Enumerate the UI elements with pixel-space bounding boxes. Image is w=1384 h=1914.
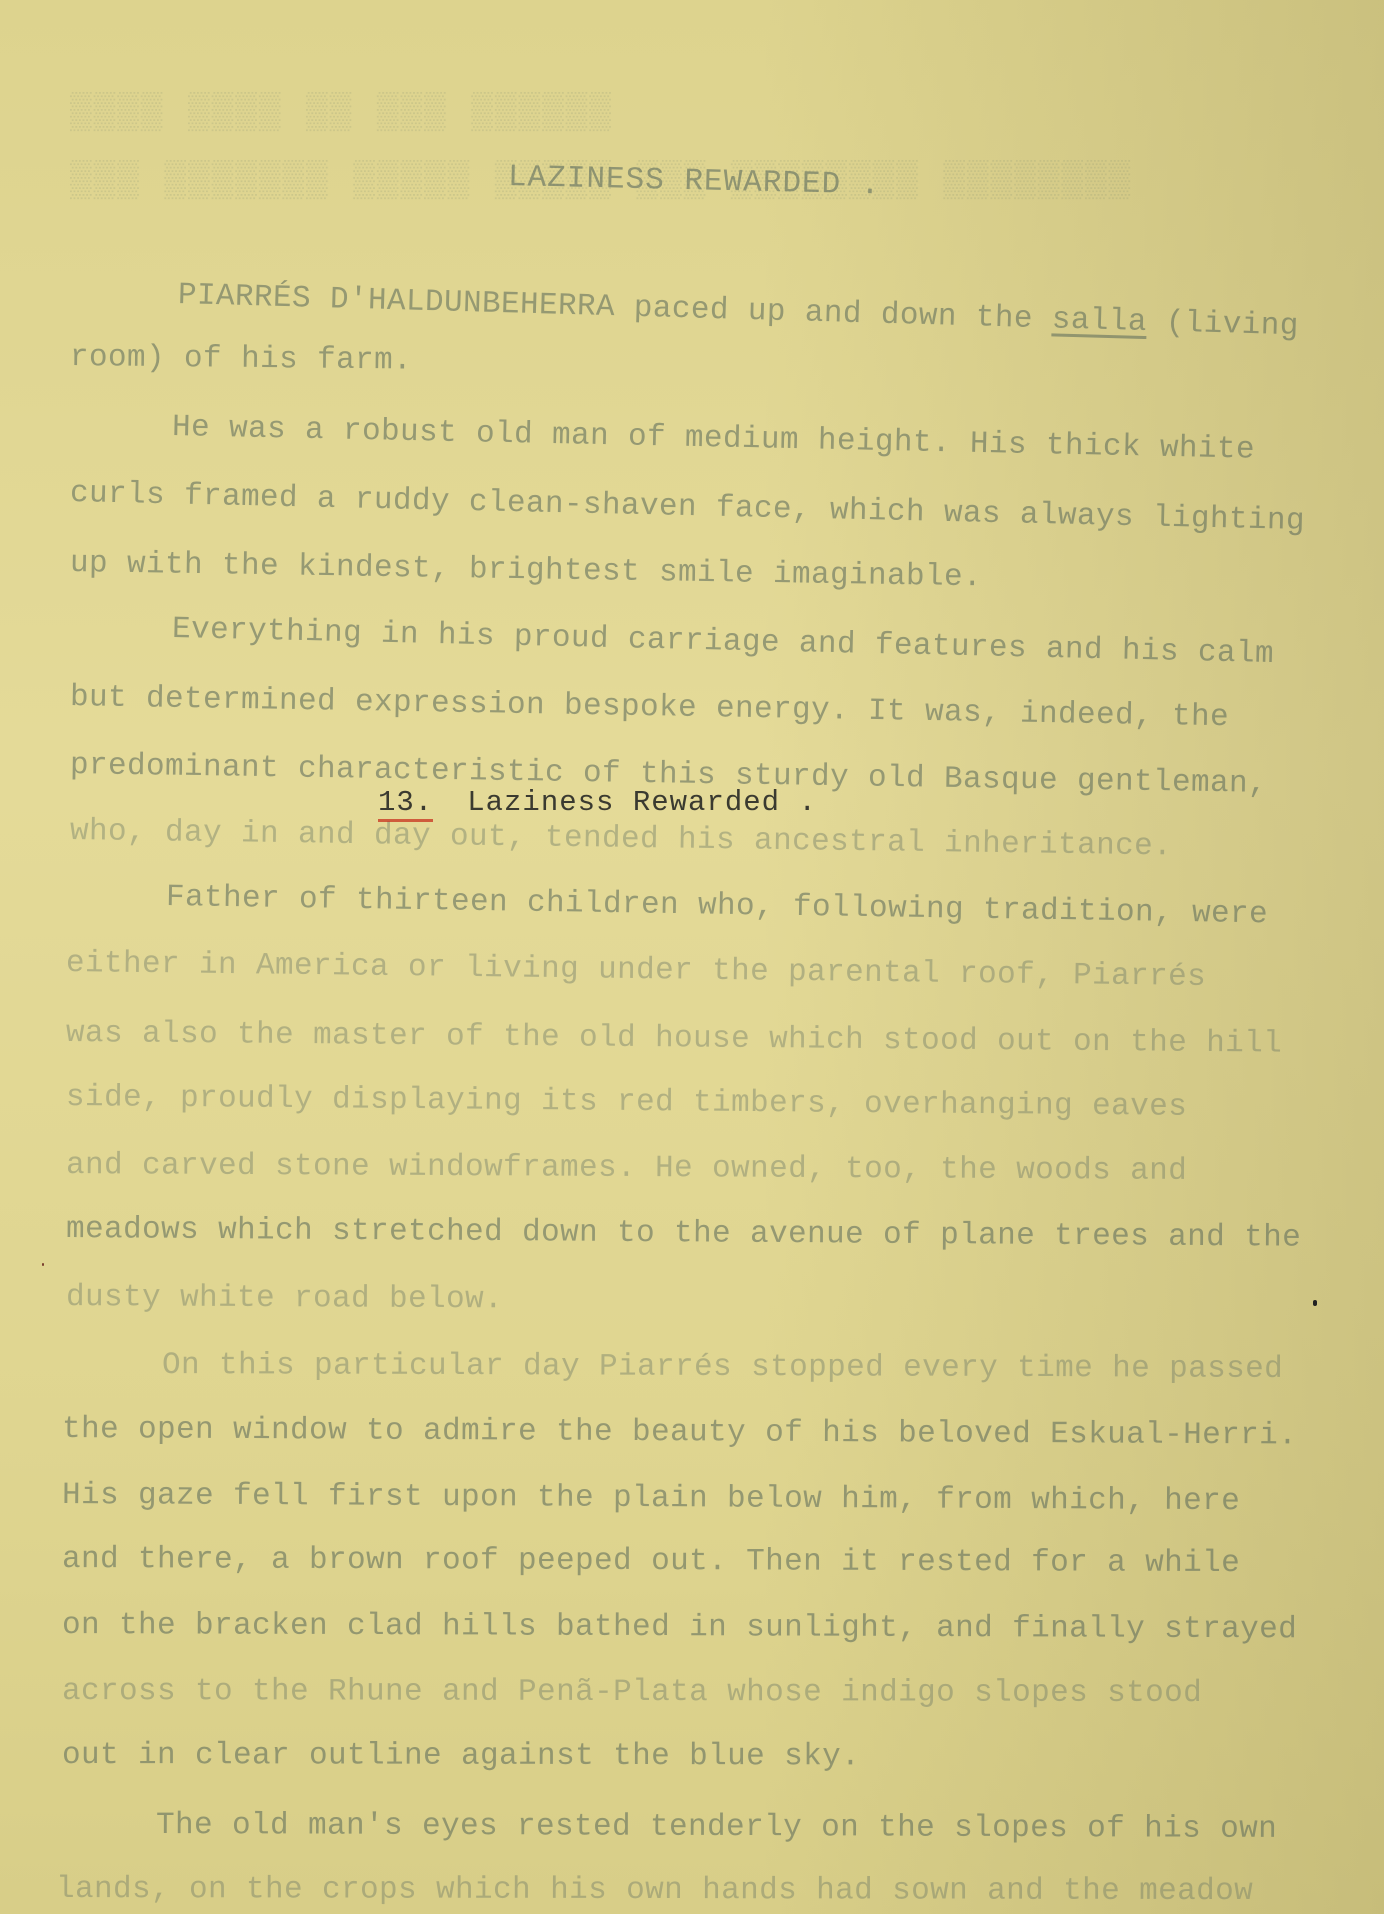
text-line: the open window to admire the beauty of … (62, 1412, 1297, 1453)
text-line: curls framed a ruddy clean-shaven face, … (70, 476, 1306, 539)
text-line: but determined expression bespoke energy… (70, 680, 1230, 735)
underlined-word: salla (1051, 302, 1147, 340)
text-segment: PIARRÉS D'HALDUNBEHERRA paced up and dow… (178, 278, 1053, 337)
chapter-heading: 13.Laziness Rewarded . (378, 786, 817, 819)
text-line: up with the kindest, brightest smile ima… (70, 546, 983, 595)
text-line: and there, a brown roof peeped out. Then… (62, 1542, 1240, 1581)
text-line: Father of thirteen children who, followi… (166, 880, 1269, 932)
text-line: meadows which stretched down to the aven… (66, 1212, 1301, 1256)
typewritten-page: ▒▒▒▒ ▒▒▒▒ ▒▒ ▒▒▒ ▒▒▒▒▒▒ ▒▒▒ ▒▒▒▒▒▒▒ ▒▒▒▒… (0, 0, 1384, 1914)
text-segment: (living (1146, 305, 1299, 344)
ink-speck (42, 1263, 44, 1266)
text-line: on the bracken clad hills bathed in sunl… (62, 1608, 1297, 1647)
chapter-number: 13. (378, 786, 433, 822)
text-line: side, proudly displaying its red timbers… (66, 1080, 1187, 1125)
chapter-title: Laziness Rewarded . (467, 786, 817, 819)
text-line: PIARRÉS D'HALDUNBEHERRA paced up and dow… (178, 278, 1300, 344)
text-line: across to the Rhune and Penã-Plata whose… (62, 1674, 1202, 1711)
text-line: On this particular day Piarrés stopped e… (162, 1348, 1283, 1387)
bleed-through-text: ▒▒▒▒ ▒▒▒▒ ▒▒ ▒▒▒ ▒▒▒▒▒▒ (70, 92, 613, 133)
text-line: He was a robust old man of medium height… (172, 410, 1256, 468)
text-line: and carved stone windowframes. He owned,… (66, 1148, 1187, 1189)
text-line: out in clear outline against the blue sk… (62, 1738, 860, 1774)
text-line: His gaze fell first upon the plain below… (62, 1478, 1240, 1519)
text-line: was also the master of the old house whi… (66, 1016, 1282, 1062)
text-line: lands, on the crops which his own hands … (56, 1872, 1253, 1909)
text-line: who, day in and day out, tended his ance… (70, 814, 1173, 864)
text-line: dusty white road below. (66, 1280, 503, 1317)
text-line: room) of his farm. (70, 340, 412, 379)
text-line: The old man's eyes rested tenderly on th… (156, 1808, 1277, 1847)
text-line: either in America or living under the pa… (66, 946, 1207, 995)
text-line: Everything in his proud carriage and fea… (172, 612, 1275, 672)
ink-speck (1313, 1300, 1317, 1306)
